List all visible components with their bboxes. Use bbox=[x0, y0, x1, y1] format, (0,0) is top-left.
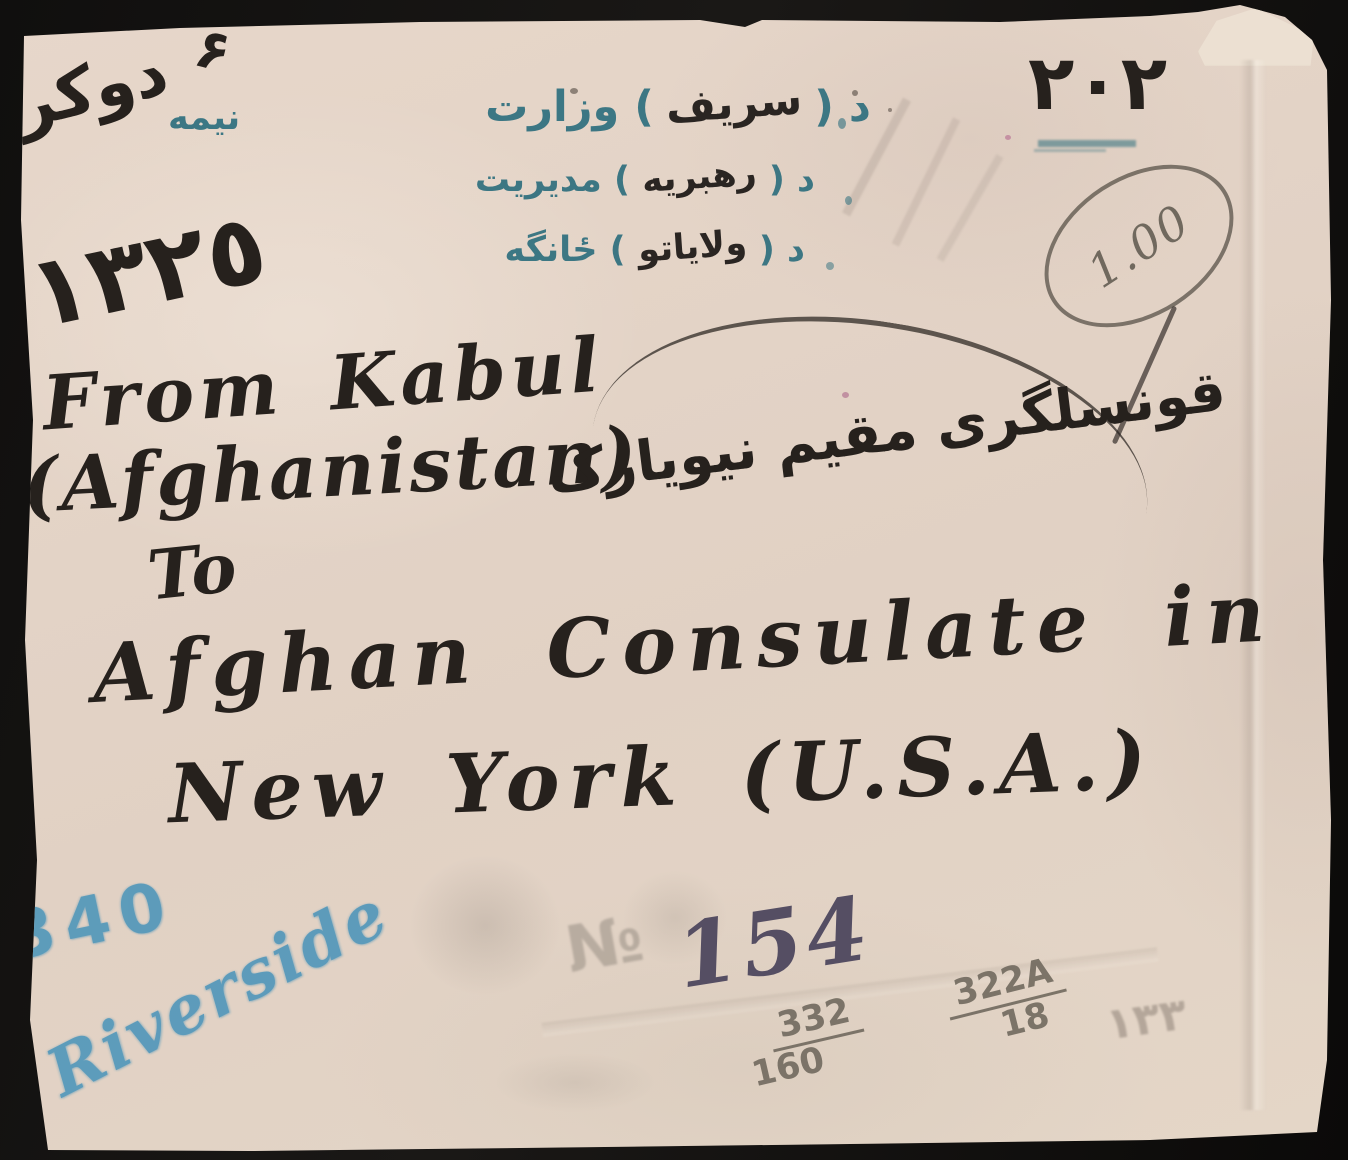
ink-speck bbox=[888, 108, 892, 112]
soil-streak-3 bbox=[937, 154, 1004, 262]
handstamp-line-1: د (سریف) وزارت bbox=[385, 82, 871, 132]
registry-underline bbox=[1038, 140, 1136, 147]
circled-amount: 1.00 bbox=[1014, 131, 1263, 361]
handstamp-line-2-prefix: د ( bbox=[769, 160, 815, 200]
address-line-consulate: Afghan Consulate in bbox=[90, 565, 1278, 722]
fraction-right: 322A 18 bbox=[940, 951, 1076, 1056]
ghost-no-mark: № bbox=[560, 902, 649, 988]
registry-number: ٢٠٢ bbox=[1028, 38, 1167, 127]
handstamp-line-2: د (رهبریه) مدیریت bbox=[425, 160, 815, 200]
top-left-scrawl: دوكر bbox=[7, 32, 175, 144]
handstamp-line-3-suffix: ) ځانگه bbox=[504, 230, 625, 270]
handstamp-line-3-inside: ولایاتو bbox=[636, 223, 748, 271]
scan-background: ۶ دوكر نیمه د (سریف) وزارت د (رهبریه) مد… bbox=[0, 0, 1348, 1160]
circled-amount-value: 1.00 bbox=[1078, 193, 1200, 298]
address-line-city: New York (U.S.A.) bbox=[167, 713, 1157, 842]
handstamp-line-1-prefix: د ( bbox=[814, 82, 871, 132]
faint-numerals: ١٣٣ bbox=[1103, 989, 1190, 1051]
year-numerals: ١٣٢٥ bbox=[19, 190, 277, 351]
envelope: ۶ دوكر نیمه د (سریف) وزارت د (رهبریه) مد… bbox=[0, 0, 1348, 1160]
handstamp-line-3-prefix: د ( bbox=[759, 230, 805, 270]
top-left-flourish: ۶ bbox=[189, 15, 238, 86]
torn-flap-highlight bbox=[1198, 8, 1314, 66]
registry-underline-2 bbox=[1034, 149, 1106, 152]
handstamp-side-word: نیمه bbox=[168, 98, 240, 138]
fraction-left: 332 160 bbox=[764, 991, 872, 1088]
handstamp-line-2-inside: رهبریه bbox=[641, 153, 758, 201]
teal-speck bbox=[845, 196, 852, 205]
handstamp-line-2-suffix: ) مدیریت bbox=[475, 160, 630, 200]
handstamp-line-1-inside: سریف bbox=[664, 74, 804, 133]
ghost-stamp-blob-3 bbox=[460, 1040, 690, 1125]
handstamp-line-3: د (ولایاتو) ځانگه bbox=[435, 230, 805, 270]
teal-speck bbox=[826, 262, 834, 270]
pink-speck bbox=[1005, 135, 1011, 140]
soil-streak-2 bbox=[892, 117, 961, 246]
ghost-stamp-blob-1 bbox=[380, 828, 590, 1023]
crayon-number: 340 bbox=[2, 865, 182, 975]
handstamp-line-1-suffix: ) وزارت bbox=[485, 82, 654, 132]
address-line-to: To bbox=[144, 528, 240, 617]
